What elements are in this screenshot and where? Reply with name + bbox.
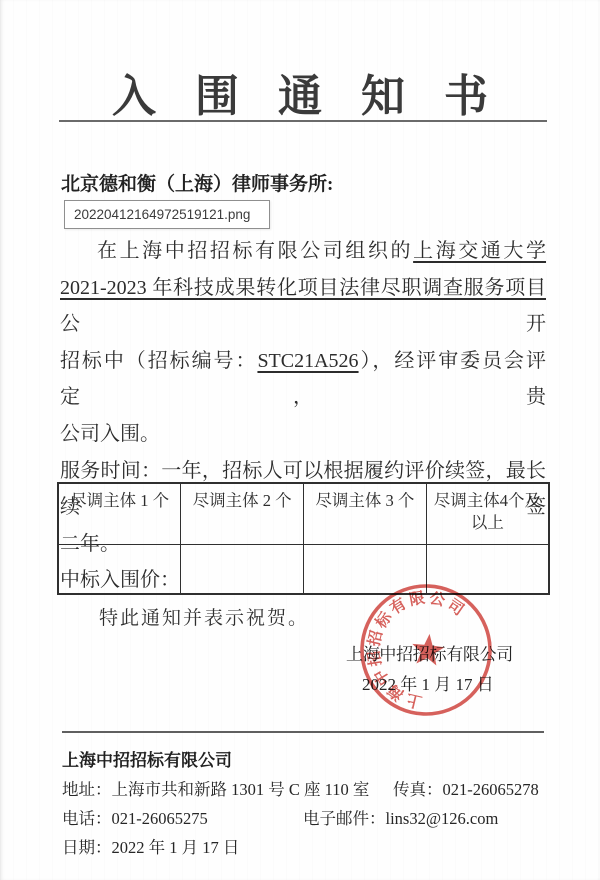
table-header-row: 尽调主体 1 个尽调主体 2 个尽调主体 3 个尽调主体4个及以上 [58, 483, 549, 545]
footer-divider [62, 731, 544, 733]
title-divider [59, 120, 547, 122]
filename-overlay[interactable]: 20220412164972519121.png [64, 200, 270, 229]
body-line: 在上海中招招标有限公司组织的上海交通大学 [60, 233, 546, 270]
table-cell [181, 545, 304, 595]
footer-phone: 电话：021-26065275 [62, 809, 208, 828]
table-header-cell: 尽调主体 1 个 [58, 483, 181, 545]
seal-star-icon [406, 629, 447, 671]
footer-fax: 传真：021-26065278 [393, 776, 539, 800]
table-header-cell: 尽调主体 3 个 [304, 483, 427, 545]
addressee: 北京德和衡（上海）律师事务所: [61, 169, 333, 196]
closing-line: 特此通知并表示祝贺。 [99, 603, 309, 630]
table-header-cell: 尽调主体 2 个 [181, 483, 304, 545]
document-page: 入围通知书 北京德和衡（上海）律师事务所: 202204121649725191… [0, 0, 600, 880]
footer-date-line: 日期：2022 年 1 月 17 日 [62, 834, 544, 858]
price-table: 尽调主体 1 个尽调主体 2 个尽调主体 3 个尽调主体4个及以上 [57, 482, 550, 595]
footer-company: 上海中招招标有限公司 [62, 746, 232, 771]
document-title: 入围通知书 [0, 60, 600, 124]
footer-address: 地址：上海市共和新路 1301 号 C 座 110 室 [62, 780, 369, 799]
table-header-cell: 尽调主体4个及以上 [426, 483, 549, 545]
table-data-row [58, 545, 549, 595]
body-line: 公司入围。 [60, 416, 546, 453]
body-line: 2021-2023 年科技成果转化项目法律尽职调查服务项目公开 [60, 270, 546, 343]
footer-email: 电子邮件：lins32@126.com [303, 805, 498, 829]
table-cell [58, 545, 181, 595]
footer-phone-line: 电话：021-26065275 电子邮件：lins32@126.com [62, 805, 544, 829]
body-line: 招标中（招标编号：STC21A526），经评审委员会评定，贵 [60, 343, 546, 416]
footer-date: 日期：2022 年 1 月 17 日 [62, 838, 239, 857]
footer-address-line: 地址：上海市共和新路 1301 号 C 座 110 室 传真：021-26065… [62, 776, 544, 800]
